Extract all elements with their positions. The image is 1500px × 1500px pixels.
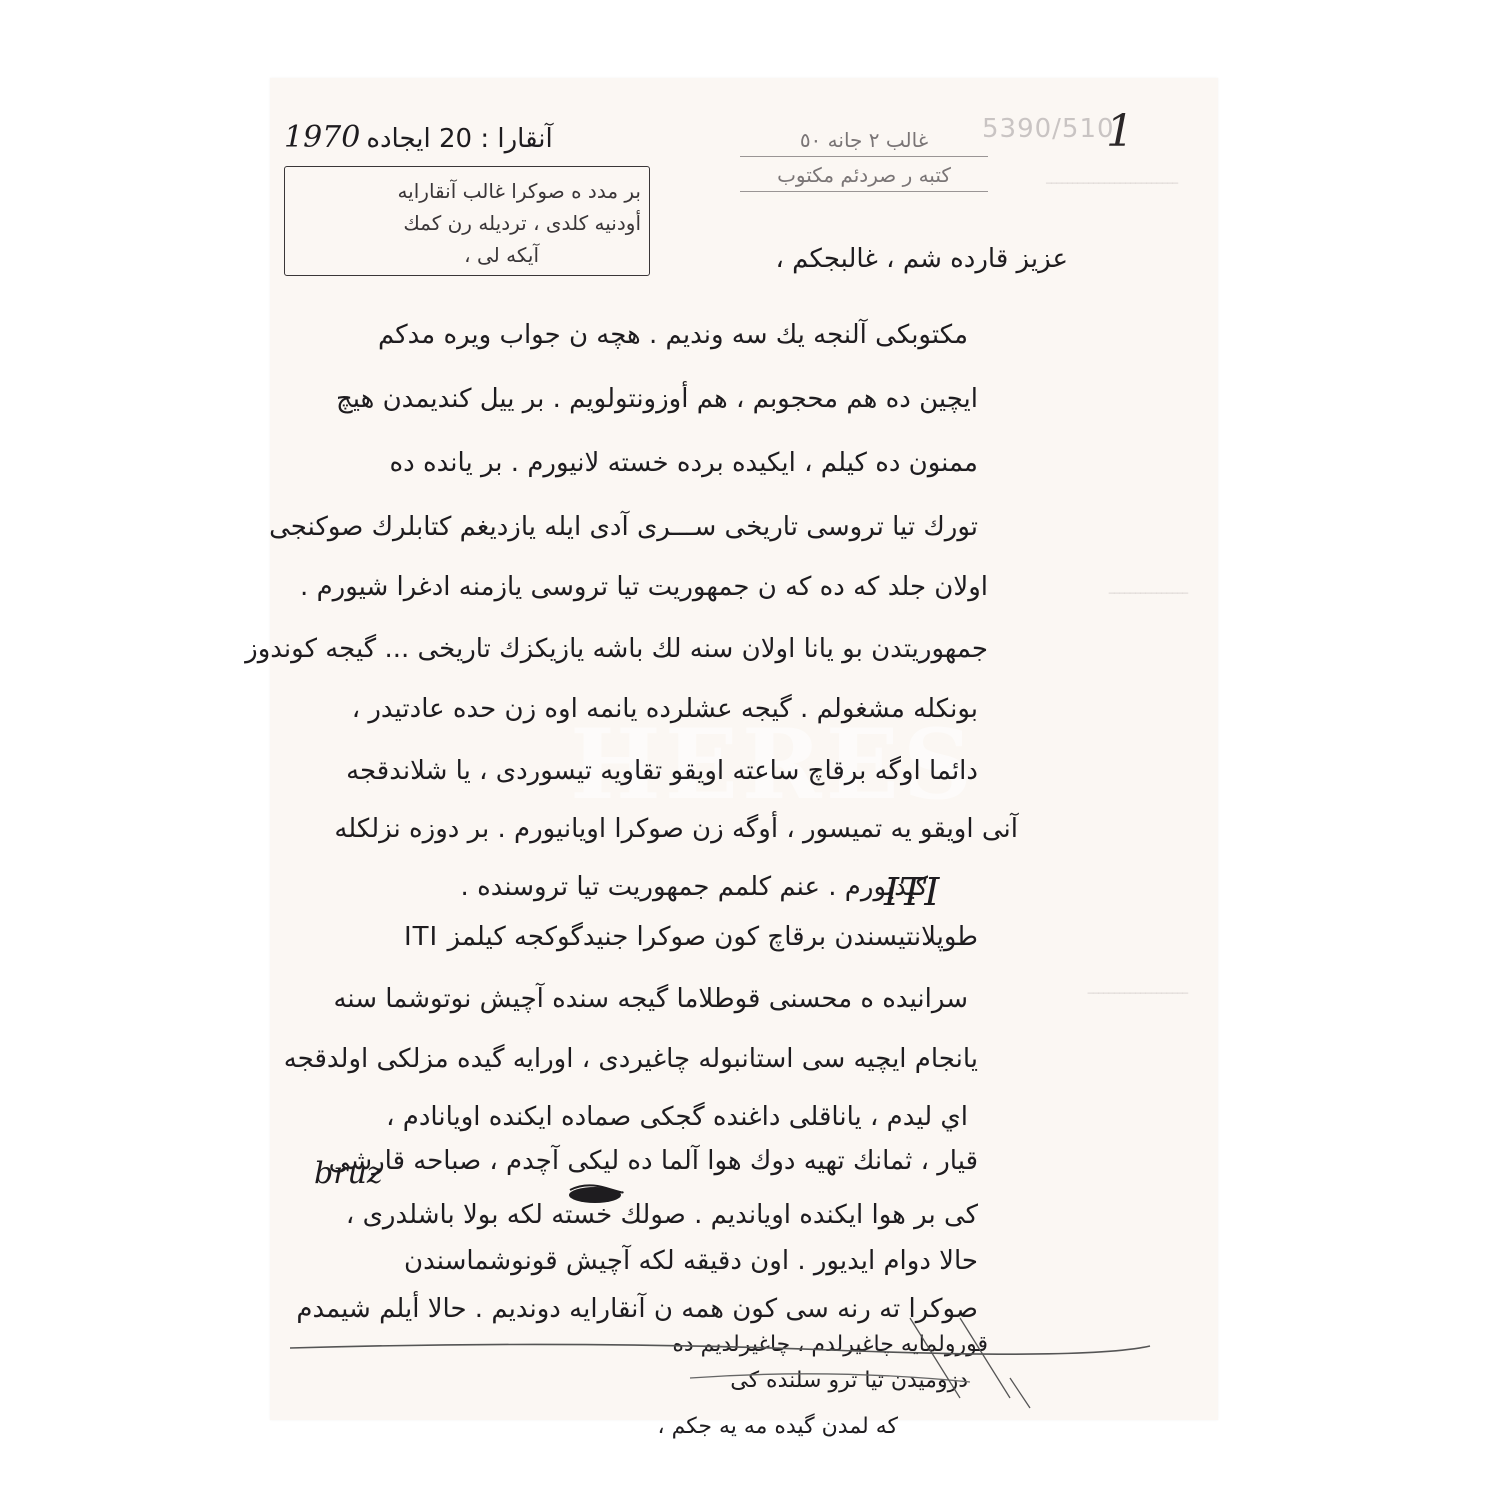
boxed-note-line: بر مدد ه صوكرا غالب آنقارايه xyxy=(397,179,641,203)
bleed-through-text: ـــــــــــــــــــ xyxy=(1088,978,1188,999)
body-line: بونكله مشغولم . گيجه عشلرده يانمه اوه زن… xyxy=(352,696,978,722)
body-line: اي ليدم ، ياناقلى داغنده گجكى صماده ايكن… xyxy=(386,1104,968,1130)
body-line: جمهوريتدن بو يانا اولان سنه لك باشه يازي… xyxy=(245,636,988,662)
body-line: اولان جلد كه ده كه ن جمهوريت تيا تروسى ي… xyxy=(300,574,988,600)
body-line: صوكرا ته رنه سى كون همه ن آنقارايه دوندي… xyxy=(296,1296,978,1322)
body-line: كى بر هوا ايكنده اويانديم . صولك خسته لك… xyxy=(346,1202,978,1228)
bleed-through-text: ـــــــــــــــ xyxy=(1109,578,1188,599)
letter-date: 1970آنقارا : 20 ايجاده xyxy=(284,120,559,155)
ink-blot xyxy=(566,1182,624,1206)
body-line: قيار ، ثمانك تهيه دوك هوا آلما ده ليكى آ… xyxy=(329,1148,978,1174)
boxed-note-line: أودنيه كلدى ، ترديله رن كمك xyxy=(403,211,641,235)
body-line: ITI طوپلانتيسندن برقاچ كون صوكرا جنيدگوك… xyxy=(404,924,978,950)
struck-line: قورولمايه چاغيرلدم ، چاغيرلديم ده xyxy=(672,1334,988,1356)
iti-abbreviation: ITI xyxy=(884,870,939,914)
body-line: سرانيده ه محسنى قوطلاما گيجه سنده آچيش ن… xyxy=(333,986,968,1012)
pencil-heading-line: كتبه ر صردئم مكتوب xyxy=(740,157,988,192)
page-number: 1 xyxy=(1106,106,1134,157)
pencil-heading: غالب ٢ جانه ٥٠ كتبه ر صردئم مكتوب xyxy=(740,128,988,192)
body-line: ايچين ده هم محجوبم ، هم أوزونتولويم . بر… xyxy=(336,386,978,412)
body-line: كيديورم . عنم كلمم جمهوريت تيا تروسنده . xyxy=(461,874,928,900)
body-line: يانجام ايچيه سى استانبوله چاغيردى ، اورا… xyxy=(284,1046,978,1072)
boxed-note: بر مدد ه صوكرا غالب آنقارايه أودنيه كلدى… xyxy=(284,166,650,276)
boxed-note-line: آيكه لى ، xyxy=(464,243,539,267)
date-month-place: آنقارا : 20 ايجاده xyxy=(366,124,552,154)
body-line: مكتوبكى آلنجه يك سه ونديم . هچه ن جواب و… xyxy=(378,322,968,348)
body-line: آنى اويقو يه تميسور ، أوگه زن صوكرا اويا… xyxy=(334,816,1018,842)
struck-line: دزوميدن تيا ترو سلنده كى xyxy=(730,1370,968,1392)
letter-paper: HERES ـــــــــــــــــــــــــ ــــــــ… xyxy=(270,78,1218,1420)
archive-number: 5390/510 xyxy=(982,114,1115,144)
body-line: دائما اوگه برقاچ ساعته اويقو تقاويه تيسو… xyxy=(346,758,978,784)
pencil-heading-line: غالب ٢ جانه ٥٠ xyxy=(740,128,988,157)
body-line: ممنون ده كيلم ، ايكيده برده خسته لانيورم… xyxy=(390,450,978,476)
salutation: عزيز قارده شم ، غالبجكم ، xyxy=(776,246,1068,272)
body-line: حالا دوام ايديور . اون دقيقه لكه آچيش قو… xyxy=(404,1248,978,1274)
latin-word-bruz: bruz xyxy=(314,1156,383,1191)
closing-line: كه لمدن گيده مه يه جكم ، xyxy=(657,1416,898,1438)
body-line: تورك تيا تروسى تاريخى ســـرى آدى ايله يا… xyxy=(269,514,978,540)
bleed-through-text: ـــــــــــــــــــــــــ xyxy=(1046,168,1178,189)
date-year: 1970 xyxy=(284,120,360,155)
